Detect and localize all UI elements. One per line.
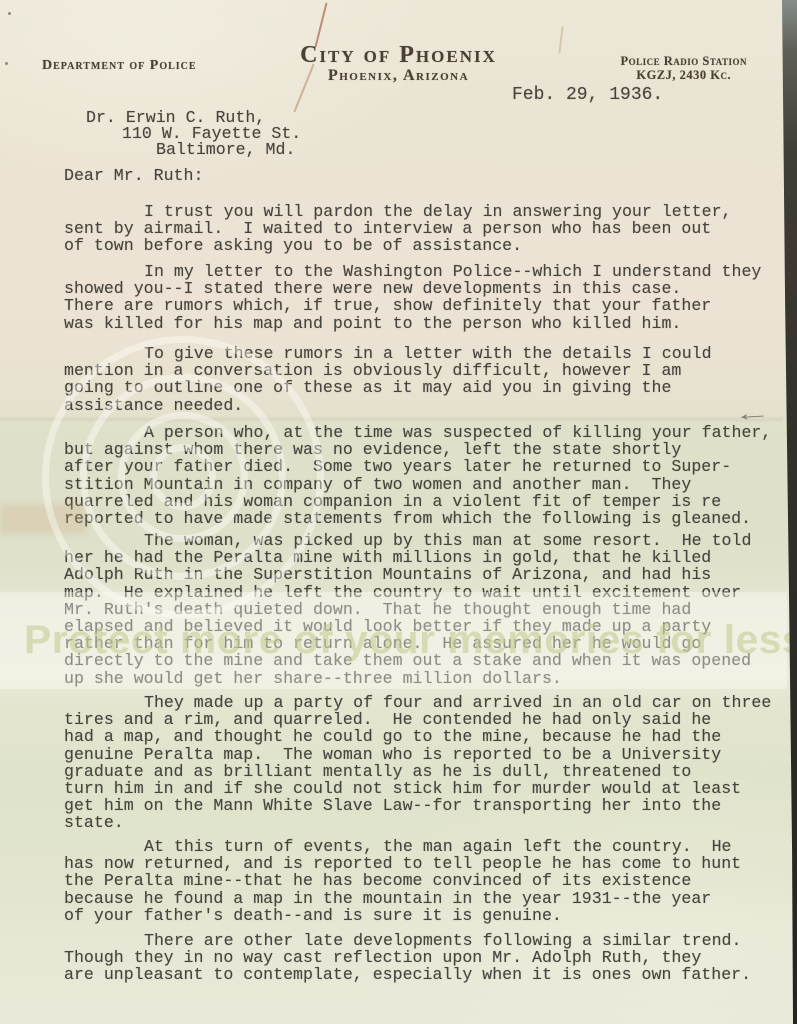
recipient-address: Dr. Erwin C. Ruth, 110 W. Fayette St. Ba…	[64, 110, 301, 157]
typed-line: state.	[64, 814, 771, 831]
radio-frequency-line: KGZJ, 2430 Kc.	[620, 69, 747, 83]
watermark-text: Protect more of your memories for less	[24, 618, 797, 663]
typed-line: graduate and as brilliant mentally as he…	[64, 763, 771, 780]
typed-line: They made up a party of four and arrived…	[64, 694, 771, 711]
typed-line: has now returned, and is reported to tel…	[64, 855, 741, 872]
typed-line: turn him in and if she could not stick h…	[64, 780, 771, 797]
typed-line: showed you--I stated there were new deve…	[64, 280, 761, 297]
typed-line: get him on the Mann White Slave Law--for…	[64, 797, 771, 814]
paragraph: In my letter to the Washington Police--w…	[64, 263, 761, 332]
letter-date: Feb. 29, 1936.	[512, 85, 663, 105]
typed-line: There are other late developments follow…	[64, 932, 751, 949]
typed-line: There are rumors which, if true, show de…	[64, 297, 761, 314]
typed-line: In my letter to the Washington Police--w…	[64, 263, 761, 280]
paragraph: There are other late developments follow…	[64, 932, 751, 984]
typed-line: At this turn of events, the man again le…	[64, 838, 741, 855]
recipient-city: Baltimore, Md.	[156, 142, 301, 158]
scanner-edge	[778, 0, 797, 1024]
paragraph: I trust you will pardon the delay in ans…	[64, 203, 732, 255]
typed-line: sent by airmail. I waited to interview a…	[64, 220, 732, 237]
letterhead-radio-station: Police Radio Station KGZJ, 2430 Kc.	[620, 55, 747, 82]
typed-line: Though they in no way cast reflection up…	[64, 949, 751, 966]
typed-line: of your father's death--and is sure it i…	[64, 907, 741, 924]
paragraph: At this turn of events, the man again le…	[64, 838, 741, 924]
scanned-letter-page: Department of Police City of Phoenix Pho…	[0, 0, 797, 1024]
radio-station-line: Police Radio Station	[620, 55, 747, 69]
typed-line: because he found a map in the mountain i…	[64, 890, 741, 907]
typed-line: I trust you will pardon the delay in ans…	[64, 203, 732, 220]
typed-line: had a map, and thought he could go to th…	[64, 728, 771, 745]
watermark-rings-icon	[150, 444, 216, 510]
paragraph: They made up a party of four and arrived…	[64, 694, 771, 832]
salutation: Dear Mr. Ruth:	[64, 166, 203, 185]
paper-speck	[5, 62, 8, 65]
typed-line: was killed for his map and point to the …	[64, 315, 761, 332]
scratch-mark	[314, 2, 327, 47]
typed-line: are unpleasant to contemplate, especiall…	[64, 966, 751, 983]
pencil-arrow-icon: ←	[731, 402, 773, 427]
typed-line: tires and a rim, and quarreled. He conte…	[64, 711, 771, 728]
typed-line: genuine Peralta map. The woman who is re…	[64, 746, 771, 763]
typed-line: the Peralta mine--that he has become con…	[64, 872, 741, 889]
paper-speck	[8, 12, 11, 15]
typed-line: of town before asking you to be of assis…	[64, 237, 732, 254]
